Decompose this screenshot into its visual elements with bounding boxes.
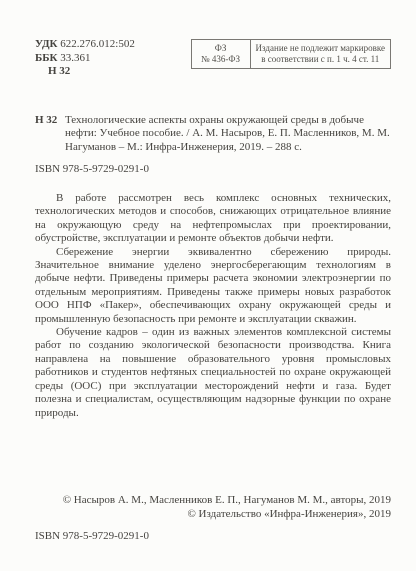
bbk-line: ББК 33.361 — [35, 52, 135, 66]
citation-code: Н 32 — [35, 114, 65, 155]
annotation-paragraph: Обучение кадров – один из важных элемент… — [35, 326, 391, 420]
classification-codes: УДК 622.276.012:502 ББК 33.361 Н 32 — [35, 38, 135, 79]
law-number: № 436-ФЗ — [197, 54, 245, 65]
book-imprint-page: УДК 622.276.012:502 ББК 33.361 Н 32 ФЗ №… — [0, 0, 416, 571]
law-text-line1: Издание не подлежит маркировке — [256, 43, 385, 54]
udc-line: УДК 622.276.012:502 — [35, 38, 135, 52]
copyright-publisher: © Издательство «Инфра-Инженерия», 2019 — [35, 508, 391, 522]
isbn-bottom: ISBN 978-5-9729-0291-0 — [35, 530, 391, 542]
page-content: УДК 622.276.012:502 ББК 33.361 Н 32 ФЗ №… — [35, 38, 391, 571]
annotation-paragraph: В работе рассмотрен весь комплекс основн… — [35, 192, 391, 246]
marking-exemption-box: ФЗ № 436-ФЗ Издание не подлежит маркиров… — [191, 39, 391, 69]
law-box-left-cell: ФЗ № 436-ФЗ — [192, 40, 251, 68]
udc-value: 622.276.012:502 — [60, 38, 135, 50]
bbk-value: 33.361 — [60, 52, 90, 64]
isbn-top: ISBN 978-5-9729-0291-0 — [35, 163, 391, 175]
copyright-authors: © Насыров А. М., Масленников Е. П., Нагу… — [35, 494, 391, 508]
copyright-block: © Насыров А. М., Масленников Е. П., Нагу… — [35, 494, 391, 521]
udc-label: УДК — [35, 38, 58, 50]
annotation-block: В работе рассмотрен весь комплекс основн… — [35, 192, 391, 420]
annotation-paragraph: Сбережение энергии эквивалентно сбережен… — [35, 246, 391, 326]
bbk-label: ББК — [35, 52, 58, 64]
author-sign-code: Н 32 — [35, 65, 135, 79]
bottom-block: © Насыров А. М., Масленников Е. П., Нагу… — [35, 494, 391, 542]
header-row: УДК 622.276.012:502 ББК 33.361 Н 32 ФЗ №… — [35, 38, 391, 79]
law-box-right-cell: Издание не подлежит маркировке в соответ… — [251, 40, 390, 68]
law-abbr: ФЗ — [197, 43, 245, 54]
bibliographic-citation: Н 32 Технологические аспекты охраны окру… — [35, 114, 391, 155]
law-text-line2: в соответствии с п. 1 ч. 4 ст. 11 — [256, 54, 385, 65]
citation-text: Технологические аспекты охраны окружающе… — [65, 114, 391, 155]
